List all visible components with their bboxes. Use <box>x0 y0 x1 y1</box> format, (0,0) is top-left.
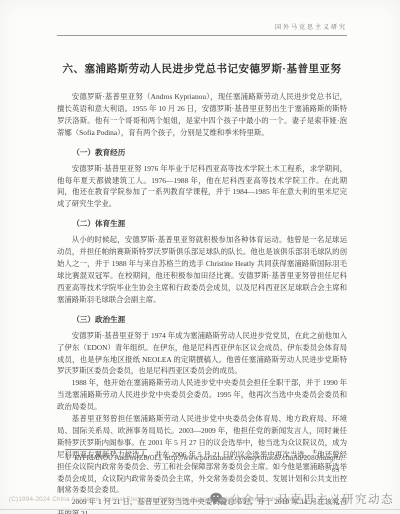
footnote-divider <box>65 449 147 450</box>
section-heading-education: （一）教育经历 <box>57 147 347 158</box>
footnote-marker: ① <box>65 455 70 462</box>
politics-paragraph-2: 1988 年，他开始在塞浦路斯劳动人民进步党中央委员会担任全职干部，并于 199… <box>57 377 347 413</box>
scan-bottom-edge <box>0 509 400 510</box>
intro-paragraph: 安德罗斯·基普里亚努（Andros Kyprianou），现任塞浦路斯劳动人民进… <box>57 91 347 139</box>
header-rule <box>57 35 347 36</box>
page-number: - 65 - <box>326 467 346 474</box>
watermark-separator: · <box>270 495 273 504</box>
watermark: 公众号 · 马克思主义研究动态 <box>210 491 394 507</box>
politics-paragraph-1: 安德罗斯·基普里亚努于 1974 年成为塞浦路斯劳动人民进步党党员，在此之前他加… <box>57 330 347 378</box>
section-heading-sports: （二）体育生涯 <box>57 218 347 229</box>
section-heading-politics: （三）政治生涯 <box>57 314 347 325</box>
wechat-icon <box>210 492 227 506</box>
journal-section-header: 国外马克思主义研究 <box>57 22 347 31</box>
watermark-name: 马克思主义研究动态 <box>277 491 394 507</box>
footnote-text: KYPRIANOU Andros[EB/OL]. http://www.parl… <box>74 455 345 462</box>
sports-paragraph: 从小的时候起，安德罗斯·基普里亚努就积极参加各种体育运动。他曾是一名足球运动员，… <box>57 234 347 305</box>
page-content: 国外马克思主义研究 六、塞浦路斯劳动人民进步党总书记安德罗斯·基普里亚努 安德罗… <box>0 0 400 514</box>
page-title: 六、塞浦路斯劳动人民进步党总书记安德罗斯·基普里亚努 <box>57 61 347 76</box>
footnote: ① KYPRIANOU Andros[EB/OL]. http://www.pa… <box>57 454 347 463</box>
document-page: 国外马克思主义研究 六、塞浦路斯劳动人民进步党总书记安德罗斯·基普里亚努 安德罗… <box>0 0 400 514</box>
watermark-label: 公众号 <box>230 491 266 507</box>
education-paragraph: 安德罗斯·基普里亚努 1976 年毕业于尼科西亚高等技术学院土木工程系，求学期间… <box>57 163 347 211</box>
footnote-area: ① KYPRIANOU Andros[EB/OL]. http://www.pa… <box>57 449 347 463</box>
